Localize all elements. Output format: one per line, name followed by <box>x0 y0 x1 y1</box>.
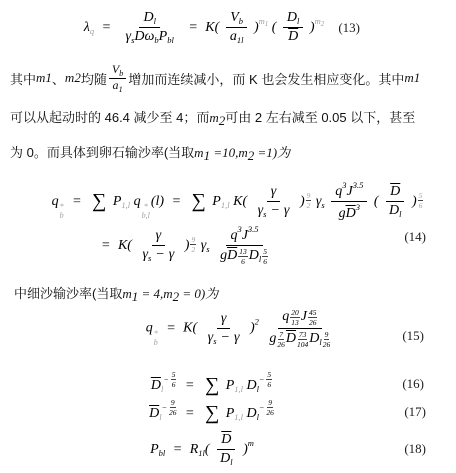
equals-sign: = <box>166 321 175 336</box>
argument: (l) <box>151 194 164 209</box>
sup-star: * <box>144 202 148 211</box>
fraction: γ γs−γ <box>204 311 244 346</box>
sym-g: g <box>269 331 276 346</box>
cjk-text: 为 0。而具体到卵石输沙率(当取 <box>10 145 194 160</box>
equation-16: Dl−56 = ∑ P1,l Dl−56 (16) <box>0 370 456 397</box>
subscript: l <box>319 337 321 347</box>
numerator: D <box>217 432 235 450</box>
exponent-fraction: 926 <box>169 398 177 417</box>
exp-top: 9 <box>170 398 176 408</box>
exp-top: 5 <box>418 191 424 201</box>
subscript: 1,l <box>121 200 130 210</box>
subscript: s <box>206 244 209 254</box>
sym-D-bar: D <box>227 248 237 263</box>
equals-sign: = <box>72 194 81 209</box>
equals-sign: = <box>101 238 110 253</box>
subscript: 1 <box>414 70 421 86</box>
sym-m: m <box>404 70 413 86</box>
sym-P: P <box>113 194 122 209</box>
fraction: D Dl <box>385 184 406 219</box>
subscript: b <box>60 211 64 220</box>
sym-gamma: γ <box>234 330 240 345</box>
sym-omega: ω <box>145 29 155 44</box>
sym-D-bar: D <box>346 206 356 221</box>
equals-sign: = <box>188 20 197 35</box>
sym-D: D <box>287 10 297 25</box>
fraction: γ γs−γ <box>138 228 178 263</box>
equation-14-line-1: q*b = ∑ P1,l q*b,l(l) = ∑ P1,l K( γ γs−γ… <box>0 181 456 222</box>
paren: ) <box>185 238 190 253</box>
exponent-fraction: 136 <box>238 247 248 266</box>
paren: ( <box>272 20 277 35</box>
sym-P: P <box>212 194 221 209</box>
numerator: Vb <box>226 10 247 28</box>
numerator: Dl <box>139 10 160 28</box>
exponent: 3.5 <box>248 224 259 234</box>
denominator: γs−γ <box>254 202 294 219</box>
fraction: q3J3.5 gD136Dl56 <box>216 225 273 266</box>
fraction: q3J3.5 gD3 <box>331 181 367 222</box>
exp-bot: 26 <box>277 340 285 349</box>
math-text: =1)为 <box>254 145 290 160</box>
summation-icon: ∑ <box>92 190 106 212</box>
script-stack: *b,l <box>142 202 150 220</box>
subscript: 1l <box>237 35 244 45</box>
exp-top: 7 <box>278 330 284 340</box>
sym-D: D <box>247 406 257 421</box>
equals-sign: = <box>173 442 182 457</box>
sym-D: D <box>134 29 144 44</box>
exponent-group: −926 <box>259 398 275 417</box>
sym-q: q <box>52 194 59 209</box>
equation-label-18: (18) <box>404 441 426 457</box>
exp-top: 9 <box>190 235 196 245</box>
subscript: l <box>259 254 261 264</box>
exponent: m1 <box>259 16 269 26</box>
sym-D-bar: D <box>221 432 231 447</box>
paragraph-line-4: 中细沙输沙率(当取m1 = 4,m2 = 0)为 <box>14 283 218 305</box>
sym-D-bar: D <box>286 331 296 346</box>
exp-bot: 26 <box>266 408 274 417</box>
denominator: g726D73104Dl926 <box>265 329 335 349</box>
exp-top: 5 <box>262 247 268 257</box>
subscript: s <box>148 253 151 263</box>
minus-sign: − <box>162 403 167 412</box>
subscript: l <box>154 16 156 26</box>
exp-bot: 26 <box>169 408 177 417</box>
minus-sign: − <box>221 330 230 345</box>
sym-q: q <box>134 194 141 209</box>
subscript: b <box>154 338 158 347</box>
sym-P: P <box>226 406 235 421</box>
numerator: q3J3.5 <box>331 181 367 202</box>
subscript: l <box>297 16 299 26</box>
subscript: 1 <box>265 20 269 28</box>
subscript: q <box>90 26 94 36</box>
sym-D-bar: D <box>390 184 400 199</box>
equation-15: q*b = K( γ γs−γ )2 q2013J4526 g726D73104… <box>0 304 456 368</box>
exponent: 3 <box>356 202 360 212</box>
cjk-text: 均随 <box>81 69 107 88</box>
minus-sign: − <box>155 247 164 262</box>
summation-icon: ∑ <box>205 402 219 424</box>
sym-gamma: γ <box>221 311 227 326</box>
cjk-text: 可由 2 左右减至 0.05 以下，甚至 <box>225 110 415 125</box>
exp-bot: 6 <box>267 380 271 389</box>
exp-top: 45 <box>308 308 318 318</box>
paren: ( <box>242 194 247 209</box>
paragraph-line-3: 为 0。而具体到卵石输沙率(当取m1 =10,m2 =1)为 <box>10 142 290 164</box>
fraction: Dl γsDωbPbl <box>122 10 178 45</box>
exp-bot: 104 <box>297 340 308 349</box>
sym-m: m <box>238 145 247 160</box>
numerator: q2013J4526 <box>278 308 322 329</box>
exp-top: 9 <box>306 191 312 201</box>
equals-sign: = <box>185 378 194 393</box>
sym-gamma: γ <box>169 247 175 262</box>
cjk-text: 、 <box>52 69 65 88</box>
exp-bot: 6 <box>241 257 245 266</box>
denominator: γs−γ <box>138 246 178 263</box>
minus-sign: − <box>259 375 264 384</box>
subscript: s <box>263 209 266 219</box>
subscript: 1 <box>119 84 123 94</box>
subscript: bl <box>167 35 174 45</box>
sym-gamma: γ <box>156 228 162 243</box>
subscript: b <box>239 16 243 26</box>
sym-a: a <box>230 29 237 44</box>
denominator: Dl <box>216 450 237 467</box>
sym-gamma: γ <box>284 203 290 218</box>
exponent-group: −926 <box>162 398 178 417</box>
fraction: q2013J4526 g726D73104Dl926 <box>265 308 335 349</box>
exponent-fraction: 92 <box>306 191 312 210</box>
fraction: γ γs−γ <box>254 184 294 219</box>
sym-D-bar: D <box>151 378 161 393</box>
equals-sign: = <box>172 194 181 209</box>
fraction: Vb a1l <box>226 10 248 45</box>
sym-gamma: γ <box>271 184 277 199</box>
cjk-text: 增加而连续减小，而 K 也会发生相应变化。其中 <box>128 69 404 88</box>
paragraph-line-2: 可以从起动时的 46.4 减少至 4；而m2可由 2 左右减至 0.05 以下，… <box>10 107 415 129</box>
paren: ) <box>300 194 305 209</box>
paragraph-line-1: 其中m1、m2均随 Vb a1 增加而连续减小，而 K 也会发生相应变化。其中m… <box>10 56 420 100</box>
denominator: a1 <box>110 79 126 94</box>
subscript: b <box>119 68 123 78</box>
equation-14-line-2: = K( γ γs−γ )92 γs q3J3.5 gD136Dl56 <box>97 225 456 266</box>
equation-label-14: (14) <box>404 229 426 245</box>
exponent-fraction: 92 <box>190 235 196 254</box>
exponent-group: −56 <box>163 370 177 389</box>
exp-top: 20 <box>290 308 300 318</box>
inline-fraction: Vb a1 <box>109 63 127 93</box>
exponent-fraction: 2013 <box>290 308 300 327</box>
exponent: m2 <box>315 16 325 26</box>
numerator: γ <box>217 311 231 329</box>
subscript: 2 <box>321 20 325 28</box>
exponent-fraction: 56 <box>262 247 268 266</box>
subscript: b,l <box>142 211 150 220</box>
numerator: Vb <box>109 63 127 79</box>
minus-sign: − <box>163 375 168 384</box>
equation-label-17: (17) <box>404 404 426 420</box>
exponent: 2 <box>255 317 259 327</box>
sym-D: D <box>247 378 257 393</box>
paren: ) <box>412 194 417 209</box>
sym-R: R <box>190 442 199 457</box>
exponent-fraction: 926 <box>323 330 331 349</box>
denominator: γs−γ <box>204 329 244 346</box>
exp-bot: 6 <box>172 380 176 389</box>
denominator: Dl <box>385 202 406 219</box>
exp-top: 13 <box>238 247 248 257</box>
math-text: = 0)为 <box>179 286 218 301</box>
equation-label-16: (16) <box>402 376 424 392</box>
sym-D: D <box>220 451 230 466</box>
sym-g: g <box>220 248 227 263</box>
equals-sign: = <box>185 406 194 421</box>
paren: ( <box>215 20 220 35</box>
subscript: 1,l <box>221 200 230 210</box>
minus-sign: − <box>259 403 264 412</box>
sym-P: P <box>150 442 159 457</box>
exp-top: 5 <box>266 370 272 380</box>
paren: ( <box>127 238 132 253</box>
exponent-group: −56 <box>259 370 273 389</box>
equation-14: q*b = ∑ P1,l q*b,l(l) = ∑ P1,l K( γ γs−γ… <box>0 181 456 277</box>
exponent-fraction: 56 <box>171 370 177 389</box>
subscript: 1l <box>198 448 205 458</box>
equation-label-13: (13) <box>338 20 360 36</box>
equation-13-body: λq = Dl γsDωbPbl = K( Vb a1l )m1 ( Dl D … <box>84 10 324 45</box>
subscript: s <box>213 336 216 346</box>
cjk-text: 其中 <box>10 69 36 88</box>
sym-g: g <box>339 206 346 221</box>
sym-D: D <box>389 203 399 218</box>
exponent-fraction: 73104 <box>297 330 308 349</box>
equation-17: Dl−926 = ∑ P1,l Dl−926 (17) <box>0 398 456 426</box>
exp-bot: 2 <box>191 245 195 254</box>
numerator: γ <box>267 184 281 202</box>
sym-D: D <box>143 10 153 25</box>
subscript: l <box>399 209 401 219</box>
exp-top: 9 <box>324 330 330 340</box>
minus-sign: − <box>270 203 279 218</box>
paren: ( <box>374 194 379 209</box>
numerator: Dl <box>283 10 304 28</box>
sym-m: m <box>163 286 172 301</box>
denominator: gD3 <box>335 202 364 222</box>
exp-bot: 6 <box>263 257 267 266</box>
equation-18: Pbl = R1l( D Dl )m (18) <box>0 429 456 469</box>
math-text: =10, <box>210 145 238 160</box>
denominator: gD136Dl56 <box>216 246 273 266</box>
exponent: 3.5 <box>353 180 364 190</box>
exp-bot: 13 <box>291 318 299 327</box>
equation-label-15: (15) <box>402 328 424 344</box>
document-page: λq = Dl γsDωbPbl = K( Vb a1l )m1 ( Dl D … <box>0 0 456 473</box>
sym-m: m <box>194 145 203 160</box>
sym-m: m <box>65 70 74 86</box>
exponent-fraction: 56 <box>266 370 272 389</box>
exponent-fraction: 926 <box>266 398 274 417</box>
summation-icon: ∑ <box>192 190 206 212</box>
sym-q: q <box>146 321 153 336</box>
exponent-fraction: 4526 <box>308 308 318 327</box>
exp-top: 73 <box>298 330 308 340</box>
sup-star: * <box>60 202 64 211</box>
exponent-fraction: 726 <box>277 330 285 349</box>
exponent: m <box>248 438 254 448</box>
numerator: γ <box>152 228 166 246</box>
equation-13: λq = Dl γsDωbPbl = K( Vb a1l )m1 ( Dl D … <box>0 4 456 52</box>
numerator: q3J3.5 <box>226 225 262 246</box>
subscript: 1,l <box>234 412 243 422</box>
sym-D: D <box>249 248 259 263</box>
subscript: s <box>321 200 324 210</box>
summation-icon: ∑ <box>205 374 219 396</box>
sym-D-bar: D <box>288 29 298 44</box>
sup-star: * <box>154 329 158 338</box>
script-stack: *b <box>154 329 158 347</box>
fraction: Dl D <box>283 10 304 45</box>
sym-K: K <box>183 321 192 336</box>
exp-top: 5 <box>171 370 177 380</box>
exp-bot: 2 <box>307 201 311 210</box>
equals-sign: = <box>102 20 111 35</box>
subscript: bl <box>159 448 166 458</box>
numerator: D <box>386 184 404 202</box>
fraction: D Dl <box>216 432 237 467</box>
paren: ( <box>205 442 210 457</box>
sym-D-bar: D <box>149 406 159 421</box>
exp-bot: 26 <box>323 340 331 349</box>
sym-V: V <box>230 10 239 25</box>
sym-K: K <box>205 20 214 35</box>
denominator: D <box>284 28 302 45</box>
subscript: l <box>230 457 232 467</box>
exp-bot: 6 <box>419 201 423 210</box>
exp-bot: 26 <box>309 318 317 327</box>
subscript: 1,l <box>234 384 243 394</box>
script-stack: *b <box>60 202 64 220</box>
denominator: γsDωbPbl <box>122 28 178 45</box>
sym-q: q <box>282 309 289 324</box>
exp-top: 9 <box>267 398 273 408</box>
sym-q: q <box>335 184 342 199</box>
sym-m: m <box>36 70 45 86</box>
cjk-text: 可以从起动时的 46.4 减少至 4；而 <box>10 110 209 125</box>
denominator: a1l <box>226 28 248 45</box>
sym-K: K <box>118 238 127 253</box>
sym-m: m <box>209 110 218 125</box>
sym-D: D <box>309 331 319 346</box>
exponent-fraction: 56 <box>418 191 424 210</box>
sym-J: J <box>301 309 307 324</box>
math-text: = 4, <box>138 286 163 301</box>
sym-K: K <box>233 194 242 209</box>
cjk-text: 中细沙输沙率(当取 <box>14 286 122 301</box>
sym-m: m <box>122 286 131 301</box>
paren: ( <box>193 321 198 336</box>
